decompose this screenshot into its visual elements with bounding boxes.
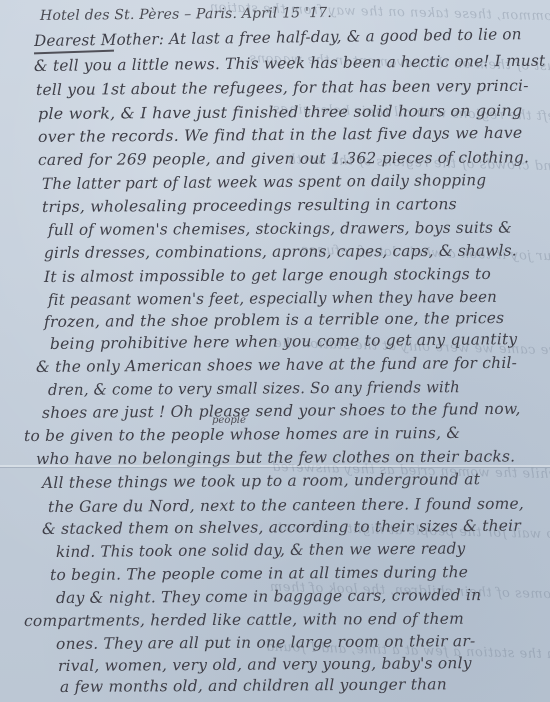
letter-line: dren, & come to very small sizes. So any… — [48, 378, 460, 399]
letter-line: girls dresses, combinations, aprons, cap… — [44, 242, 517, 262]
letter-line: shoes are just ! Oh please send your sho… — [42, 400, 521, 422]
letter-line: who have no belongings but the few cloth… — [36, 447, 515, 468]
letter-line: All these things we took up to a room, u… — [42, 470, 480, 492]
letter-line: to begin. The people come in at all time… — [50, 563, 468, 584]
letter-line: & stacked them on shelves, according to … — [42, 517, 521, 538]
letter-line: the Gare du Nord, next to the canteen th… — [48, 495, 524, 516]
letter-line: day & night. They come in baggage cars, … — [56, 586, 481, 607]
letter-line: & the only American shoes we have at the… — [36, 354, 517, 376]
interlinear-insertion: people — [212, 415, 246, 426]
letter-line: tell you 1st about the refugees, for tha… — [36, 77, 529, 99]
salutation-underline — [34, 50, 114, 54]
letter-line: to be given to the people whose homes ar… — [24, 424, 460, 445]
letter-line: full of women's chemises, stockings, dra… — [48, 219, 512, 239]
letter-line: over the records. We find that in the la… — [38, 124, 523, 146]
letter-heading: Hotel des St. Pères – Paris. April 15 '1… — [40, 5, 332, 24]
letter-line: cared for 269 people, and given out 1.36… — [38, 148, 529, 169]
letter-page: common, these taken on the way from the … — [0, 0, 550, 702]
letter-line: rival, women, very old, and very young, … — [58, 654, 472, 675]
letter-line: The latter part of last week was spent o… — [42, 171, 486, 193]
letter-line: Dearest Mother: At last a free half-day,… — [34, 25, 522, 50]
letter-line: frozen, and the shoe problem is a terrib… — [44, 309, 504, 331]
letter-line: being prohibitive here when you come to … — [50, 330, 518, 353]
letter-line: a few months old, and children all young… — [60, 675, 447, 696]
letter-line: & tell you a little news. This week has … — [34, 52, 546, 75]
letter-line: It is almost impossible to get large eno… — [44, 265, 491, 286]
letter-line: compartments, herded like cattle, with n… — [24, 610, 464, 630]
letter-line: fit peasant women's feet, especially whe… — [48, 288, 497, 309]
letter-line: ones. They are all put in one large room… — [56, 632, 476, 653]
letter-line: kind. This took one solid day, & then we… — [56, 539, 465, 561]
letter-line: trips, wholesaling proceedings resulting… — [42, 195, 457, 216]
letter-line: ple work, & I have just finished three s… — [38, 102, 523, 123]
